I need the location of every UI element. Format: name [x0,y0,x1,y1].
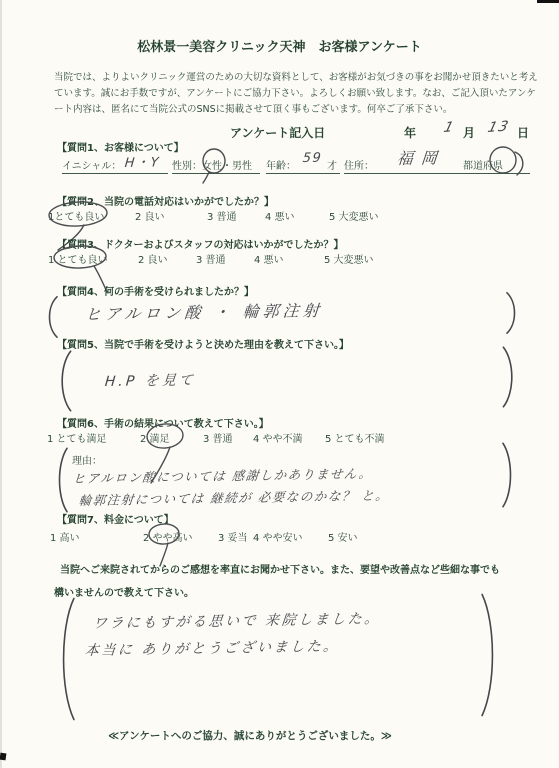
q3-option-4: 4 悪い [254,251,284,266]
q1-age-value-handwritten: 59 [302,151,323,166]
q5-answer-bracket-left [56,350,74,412]
q5-answer-bracket-right [500,346,518,408]
q6-option-3: 3 普通 [203,430,233,445]
q2-option-4: 4 悪い [265,208,295,223]
q7-option-4: 4 やや安い [253,529,303,544]
intro-line-2: ています。誠にお手数ですが、アンケートにご協力下さい。よろしくお願い致します。な… [54,86,536,102]
q4-answer-bracket-left [44,296,60,338]
q6-reason-line1-handwritten: ヒアルロン酸については 感謝しかありません。 [72,464,374,487]
q7-option-1: 1 高い [50,529,80,544]
q6-reason-line2-handwritten: 輪郭注射については 継続が 必要なのかな？ と。 [78,486,390,509]
q6-reason-bracket-left [54,447,70,513]
footer-thanks: ≪アンケートへのご協力、誠にありがとうございました。≫ [0,728,500,743]
scan-artifact-bottom-left [0,753,6,761]
q2-option-2: 2 良い [135,208,165,223]
q3-option-5: 5 大変悪い [324,251,374,266]
q6-option-4: 4 やや不満 [253,430,303,445]
q1-age-suffix: 才 [327,157,337,172]
scan-artifact-top-right [537,0,559,3]
q4-answer-handwritten: ヒアルロン酸 ・ 輪郭注射 [84,298,324,325]
scan-edge-shadow [0,0,2,768]
comments-answer-line2-handwritten: 本当に ありがとうございました。 [84,636,341,660]
date-label: アンケート記入日 [230,124,325,141]
q7-option-5: 5 安い [328,529,358,544]
q6-option-5: 5 とても不満 [325,430,385,445]
q6-reason-label: 理由： [72,452,102,467]
q5-answer-handwritten: H.P を見て [104,369,197,391]
q4-heading: 【質問4、何の手術を受けられましたか？】 [57,283,254,298]
q1-gender-selection-circle [200,146,228,184]
q7-option-3: 3 妥当 [218,529,248,544]
q1-address-value-handwritten: 福岡 [396,145,446,169]
q1-prefecture-circle [488,144,530,178]
q6-option-1: 1 とても満足 [47,430,107,445]
q1-initial-value-handwritten: H・Y [124,151,161,171]
q1-initial-label: イニシャル： [62,157,121,172]
q2-option-3: 3 普通 [207,208,237,223]
scanned-survey-page: 松林景一美容クリニック天神 お客様アンケート 当院では、よりよいクリニック運営の… [0,0,559,768]
q1-age-label: 年齢： [266,157,296,172]
comments-prompt-line1: 当院へご来院されてからのご感想を率直にお聞かせ下さい。また、要望や改善点など些細… [60,561,500,576]
q1-address-label: 住所： [344,157,374,172]
q5-heading: 【質問5、当院で手術を受けようと決めた理由を教えて下さい。】 [57,336,349,351]
date-month-label: 月 [463,124,475,141]
q3-option-3: 3 普通 [196,251,226,266]
q6-reason-bracket-right [500,442,516,508]
date-day-label: 日 [517,124,529,141]
comments-bracket-left [56,596,78,722]
comments-answer-line1-handwritten: ワラにもすがる思いで 来院しました。 [92,608,382,633]
form-title: 松林景一美容クリニック天神 お客様アンケート [0,36,559,55]
intro-line-1: 当院では、よりよいクリニック運営のための大切な資料として、お客様がお気づきの事を… [54,70,538,86]
date-day-value-handwritten: 13 [486,119,511,136]
date-year-label: 年 [404,124,416,141]
q1-heading: 【質問1、お客様について】 [57,139,184,154]
comments-bracket-right [478,592,500,718]
q2-option-5: 5 大変悪い [329,208,379,223]
q4-answer-bracket-right [504,292,520,334]
intro-line-3: ート内容は、匿名にて当院公式のSNSに掲載させて頂く事もございます。何卒ご了承下… [54,102,452,118]
q3-option-2: 2 良い [138,251,168,266]
date-month-value-handwritten: 1 [442,119,457,136]
